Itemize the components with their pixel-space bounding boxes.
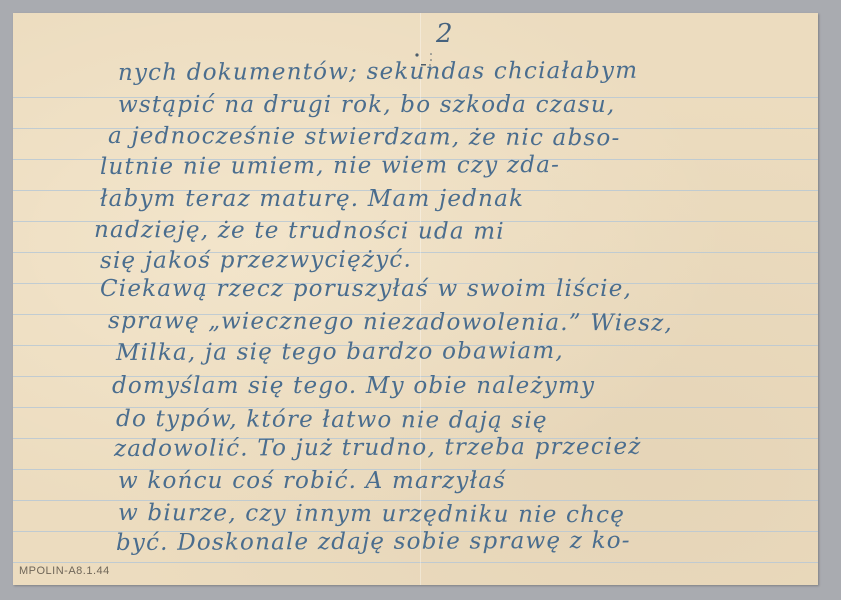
- handwritten-line: lutnie nie umiem, nie wiem czy zda-: [100, 152, 560, 180]
- handwritten-line: a jednocześnie stwierdzam, że nic abso-: [108, 123, 621, 151]
- handwritten-line: wstąpić na drugi rok, bo szkoda czasu,: [118, 92, 615, 118]
- handwritten-line: w biurze, czy innym urzędniku nie chcę: [118, 500, 625, 528]
- handwritten-line: się jakoś przezwyciężyć.: [100, 247, 412, 274]
- handwritten-line: do typów, które łatwo nie dają się: [116, 406, 548, 434]
- handwritten-line: Ciekawą rzecz poruszyłaś w swoim liście,: [100, 276, 632, 302]
- handwritten-line: w końcu coś robić. A marzyłaś: [118, 468, 506, 494]
- handwritten-line: domyślam się tego. My obie należymy: [112, 373, 595, 399]
- handwritten-line: łabym teraz maturę. Mam jednak: [100, 186, 524, 212]
- archive-catalog-mark: MPOLIN-A8.1.44: [19, 565, 110, 577]
- handwritten-line: Milka, ja się tego bardzo obawiam,: [116, 338, 564, 366]
- handwritten-line: zadowolić. To już trudno, trzeba przecie…: [114, 434, 642, 462]
- letter-page: 2 nych dokumentów; sekundas chciałabymws…: [13, 13, 818, 585]
- ruled-line: [13, 562, 818, 563]
- handwritten-line: nadzieję, że te trudności uda mi: [94, 217, 505, 245]
- handwritten-line: sprawę „wiecznego niezadowolenia.” Wiesz…: [108, 308, 673, 336]
- handwritten-line: nych dokumentów; sekundas chciałabym: [118, 58, 638, 86]
- page-number: 2: [436, 19, 453, 49]
- handwritten-line: być. Doskonale zdaję sobie sprawę z ko-: [116, 528, 631, 556]
